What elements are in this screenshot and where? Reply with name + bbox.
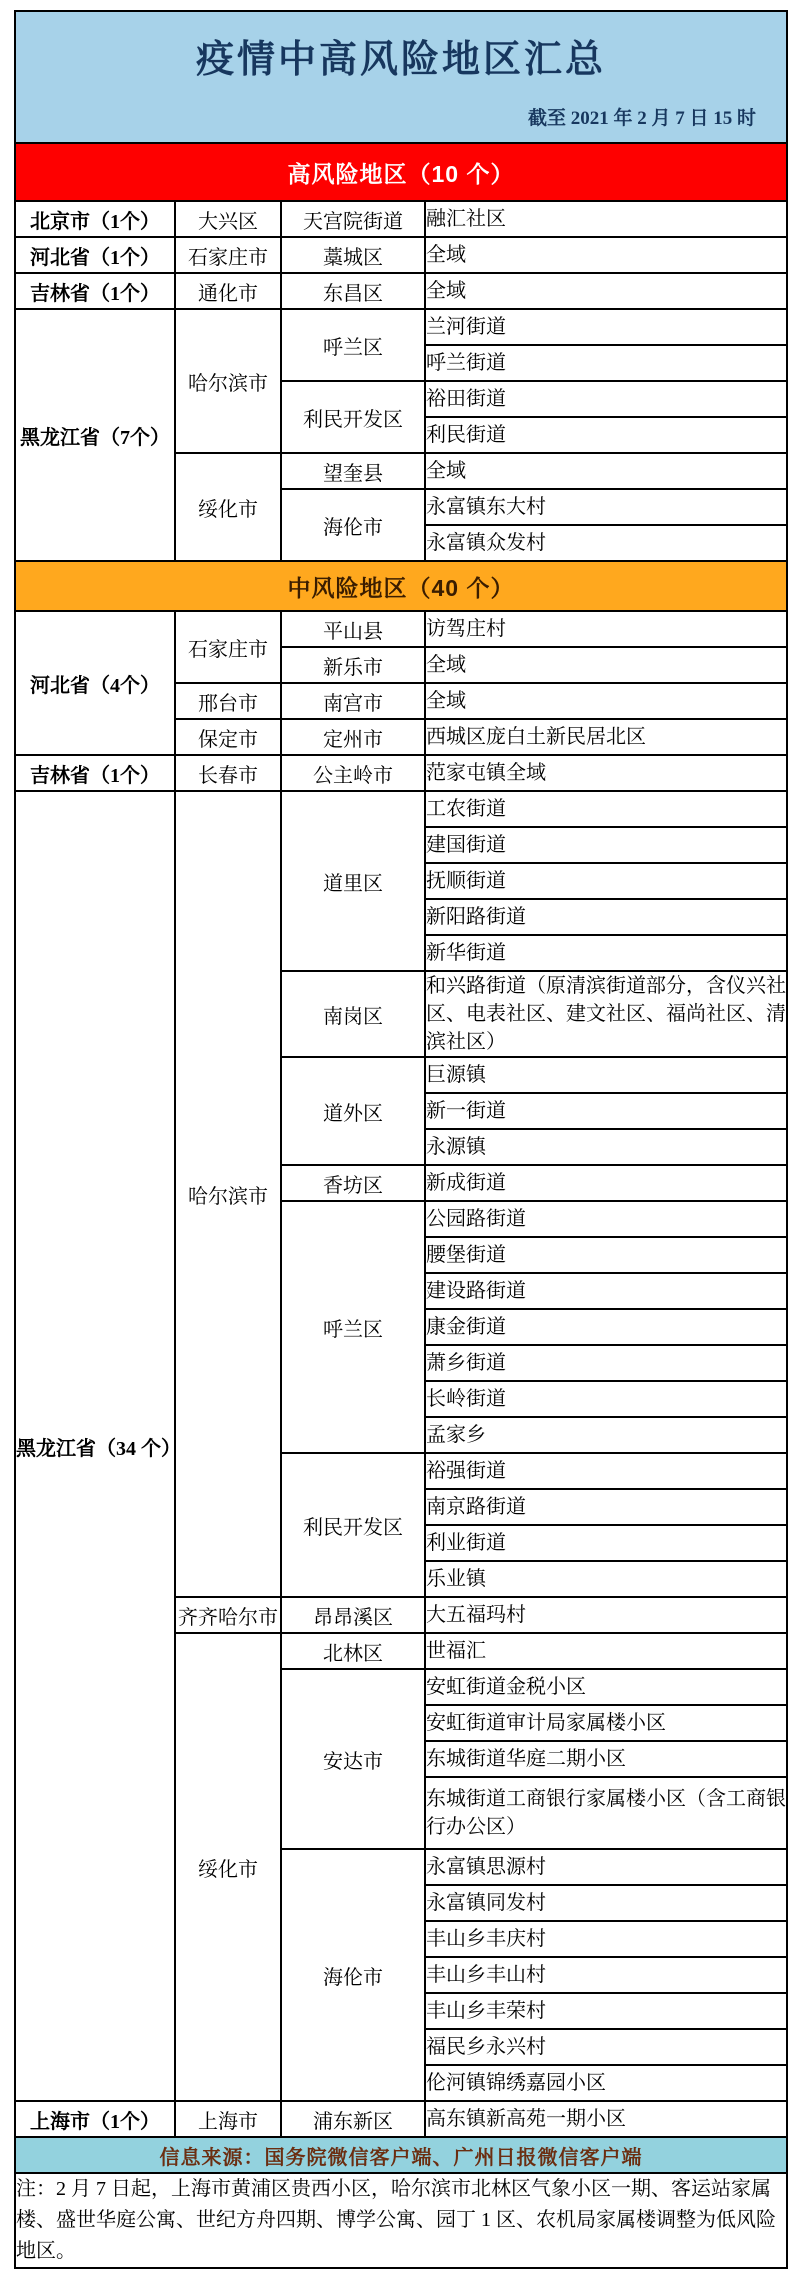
area-cell: 安虹街道金税小区 — [425, 1669, 787, 1705]
table-row: 黑龙江省（7个）哈尔滨市呼兰区兰河街道 — [15, 309, 787, 345]
district-cell: 平山县 — [281, 611, 425, 647]
area-cell: 全域 — [425, 273, 787, 309]
medium-risk-banner-row: 中风险地区（40 个） — [15, 561, 787, 611]
area-cell: 南京路街道 — [425, 1489, 787, 1525]
city-cell: 绥化市 — [175, 453, 281, 561]
table-row: 上海市（1个）上海市浦东新区高东镇新高苑一期小区 — [15, 2101, 787, 2137]
table-row: 黑龙江省（34 个）哈尔滨市道里区工农街道 — [15, 791, 787, 827]
area-cell: 全域 — [425, 453, 787, 489]
district-cell: 海伦市 — [281, 1849, 425, 2101]
area-cell: 工农街道 — [425, 791, 787, 827]
district-cell: 定州市 — [281, 719, 425, 755]
note-text: 注：2 月 7 日起，上海市黄浦区贵西小区，哈尔滨市北林区气象小区一期、客运站家… — [15, 2173, 787, 2268]
city-cell: 上海市 — [175, 2101, 281, 2137]
area-cell: 丰山乡丰荣村 — [425, 1993, 787, 2029]
district-cell: 海伦市 — [281, 489, 425, 561]
area-cell: 巨源镇 — [425, 1057, 787, 1093]
area-cell: 世福汇 — [425, 1633, 787, 1669]
table-row: 北京市（1个）大兴区天宫院街道融汇社区 — [15, 201, 787, 237]
area-cell: 萧乡街道 — [425, 1345, 787, 1381]
area-cell: 安虹街道审计局家属楼小区 — [425, 1705, 787, 1741]
province-cell: 河北省（4个） — [15, 611, 175, 755]
city-cell: 保定市 — [175, 719, 281, 755]
district-cell: 道里区 — [281, 791, 425, 971]
city-cell: 哈尔滨市 — [175, 791, 281, 1597]
area-cell: 全域 — [425, 237, 787, 273]
area-cell: 抚顺街道 — [425, 863, 787, 899]
area-cell: 访驾庄村 — [425, 611, 787, 647]
table-row: 吉林省（1个）通化市东昌区全域 — [15, 273, 787, 309]
area-cell: 永富镇众发村 — [425, 525, 787, 561]
district-cell: 利民开发区 — [281, 381, 425, 453]
area-cell: 裕田街道 — [425, 381, 787, 417]
area-cell: 新华街道 — [425, 935, 787, 971]
area-cell: 新成街道 — [425, 1165, 787, 1201]
area-cell: 乐业镇 — [425, 1561, 787, 1597]
area-cell: 新阳路街道 — [425, 899, 787, 935]
area-cell: 和兴路街道（原清滨街道部分，含仪兴社区、电表社区、建文社区、福尚社区、清滨社区） — [425, 971, 787, 1057]
district-cell: 北林区 — [281, 1633, 425, 1669]
area-cell: 丰山乡丰山村 — [425, 1957, 787, 1993]
city-cell: 哈尔滨市 — [175, 309, 281, 453]
area-cell: 全域 — [425, 647, 787, 683]
province-cell: 北京市（1个） — [15, 201, 175, 237]
area-cell: 孟家乡 — [425, 1417, 787, 1453]
district-cell: 昂昂溪区 — [281, 1597, 425, 1633]
district-cell: 呼兰区 — [281, 309, 425, 381]
city-cell: 齐齐哈尔市 — [175, 1597, 281, 1633]
area-cell: 高东镇新高苑一期小区 — [425, 2101, 787, 2137]
city-cell: 石家庄市 — [175, 611, 281, 683]
province-cell: 吉林省（1个） — [15, 273, 175, 309]
area-cell: 利民街道 — [425, 417, 787, 453]
city-cell: 邢台市 — [175, 683, 281, 719]
city-cell: 大兴区 — [175, 201, 281, 237]
area-cell: 兰河街道 — [425, 309, 787, 345]
medium-risk-banner: 中风险地区（40 个） — [15, 561, 787, 611]
area-cell: 西城区庞白土新民居北区 — [425, 719, 787, 755]
area-cell: 利业街道 — [425, 1525, 787, 1561]
report-header: 疫情中高风险地区汇总 截至 2021 年 2 月 7 日 15 时 — [15, 11, 787, 143]
area-cell: 伦河镇锦绣嘉园小区 — [425, 2065, 787, 2101]
area-cell: 范家屯镇全域 — [425, 755, 787, 791]
area-cell: 建设路街道 — [425, 1273, 787, 1309]
risk-table: 疫情中高风险地区汇总 截至 2021 年 2 月 7 日 15 时 高风险地区（… — [14, 10, 788, 2269]
district-cell: 香坊区 — [281, 1165, 425, 1201]
province-cell: 黑龙江省（34 个） — [15, 791, 175, 2101]
area-cell: 东城街道工商银行家属楼小区（含工商银行办公区） — [425, 1777, 787, 1849]
source-row: 信息来源：国务院微信客户端、广州日报微信客户端 — [15, 2137, 787, 2173]
area-cell: 呼兰街道 — [425, 345, 787, 381]
page: 疫情中高风险地区汇总 截至 2021 年 2 月 7 日 15 时 高风险地区（… — [14, 10, 786, 2269]
table-row: 吉林省（1个）长春市公主岭市范家屯镇全域 — [15, 755, 787, 791]
district-cell: 天宫院街道 — [281, 201, 425, 237]
province-cell: 黑龙江省（7个） — [15, 309, 175, 561]
district-cell: 公主岭市 — [281, 755, 425, 791]
district-cell: 浦东新区 — [281, 2101, 425, 2137]
area-cell: 大五福玛村 — [425, 1597, 787, 1633]
high-risk-banner-row: 高风险地区（10 个） — [15, 143, 787, 201]
source-strip: 信息来源：国务院微信客户端、广州日报微信客户端 — [15, 2137, 787, 2173]
header-row: 疫情中高风险地区汇总 截至 2021 年 2 月 7 日 15 时 — [15, 11, 787, 143]
area-cell: 腰堡街道 — [425, 1237, 787, 1273]
district-cell: 安达市 — [281, 1669, 425, 1849]
area-cell: 康金街道 — [425, 1309, 787, 1345]
area-cell: 长岭街道 — [425, 1381, 787, 1417]
district-cell: 南宫市 — [281, 683, 425, 719]
area-cell: 丰山乡丰庆村 — [425, 1921, 787, 1957]
area-cell: 东城街道华庭二期小区 — [425, 1741, 787, 1777]
table-row: 河北省（4个）石家庄市平山县访驾庄村 — [15, 611, 787, 647]
district-cell: 南岗区 — [281, 971, 425, 1057]
area-cell: 建国街道 — [425, 827, 787, 863]
city-cell: 通化市 — [175, 273, 281, 309]
area-cell: 永富镇东大村 — [425, 489, 787, 525]
note-row: 注：2 月 7 日起，上海市黄浦区贵西小区，哈尔滨市北林区气象小区一期、客运站家… — [15, 2173, 787, 2268]
area-cell: 永源镇 — [425, 1129, 787, 1165]
province-cell: 河北省（1个） — [15, 237, 175, 273]
area-cell: 福民乡永兴村 — [425, 2029, 787, 2065]
province-cell: 吉林省（1个） — [15, 755, 175, 791]
area-cell: 公园路街道 — [425, 1201, 787, 1237]
city-cell: 绥化市 — [175, 1633, 281, 2101]
area-cell: 新一街道 — [425, 1093, 787, 1129]
area-cell: 永富镇思源村 — [425, 1849, 787, 1885]
district-cell: 东昌区 — [281, 273, 425, 309]
district-cell: 利民开发区 — [281, 1453, 425, 1597]
area-cell: 永富镇同发村 — [425, 1885, 787, 1921]
as-of-date: 截至 2021 年 2 月 7 日 15 时 — [16, 83, 786, 130]
area-cell: 全域 — [425, 683, 787, 719]
district-cell: 道外区 — [281, 1057, 425, 1165]
table-row: 河北省（1个）石家庄市藁城区全域 — [15, 237, 787, 273]
high-risk-banner: 高风险地区（10 个） — [15, 143, 787, 201]
province-cell: 上海市（1个） — [15, 2101, 175, 2137]
district-cell: 呼兰区 — [281, 1201, 425, 1453]
district-cell: 望奎县 — [281, 453, 425, 489]
area-cell: 裕强街道 — [425, 1453, 787, 1489]
page-title: 疫情中高风险地区汇总 — [16, 12, 786, 83]
area-cell: 融汇社区 — [425, 201, 787, 237]
city-cell: 石家庄市 — [175, 237, 281, 273]
district-cell: 藁城区 — [281, 237, 425, 273]
district-cell: 新乐市 — [281, 647, 425, 683]
city-cell: 长春市 — [175, 755, 281, 791]
